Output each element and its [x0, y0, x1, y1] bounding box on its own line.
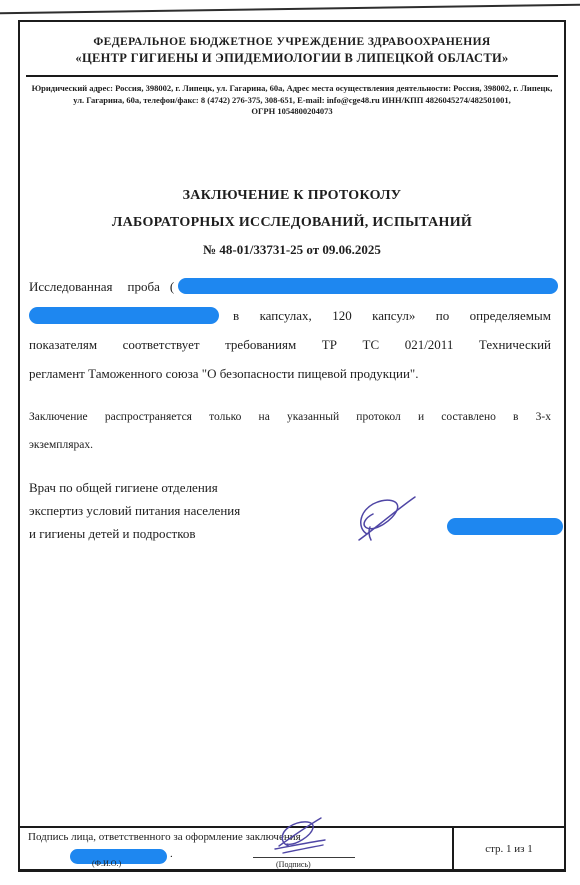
organization-name-line2: «ЦЕНТР ГИГИЕНЫ И ЭПИДЕМИОЛОГИИ В ЛИПЕЦКО…	[20, 51, 564, 66]
document-title: ЗАКЛЮЧЕНИЕ К ПРОТОКОЛУ ЛАБОРАТОРНЫХ ИССЛ…	[20, 182, 564, 263]
page-border: ФЕДЕРАЛЬНОЕ БЮДЖЕТНОЕ УЧРЕЖДЕНИЕ ЗДРАВОО…	[18, 20, 566, 872]
organization-name-line1: ФЕДЕРАЛЬНОЕ БЮДЖЕТНОЕ УЧРЕЖДЕНИЕ ЗДРАВОО…	[20, 36, 564, 48]
page-indicator: стр. 1 из 1	[452, 828, 564, 869]
open-paren: (	[170, 272, 174, 301]
address-line1: Юридический адрес: Россия, 398002, г. Ли…	[26, 83, 558, 95]
fio-caption: (Ф.И.О.)	[92, 859, 121, 868]
footer-period: .	[170, 848, 173, 860]
redaction-bar-signatory-name	[447, 518, 563, 535]
protocol-number: № 48-01/33731-25 от 09.06.2025	[20, 236, 564, 263]
body-line: регламент Таможенного союза "О безопасно…	[29, 359, 551, 388]
scan-edge-line	[0, 4, 580, 15]
paragraph-line: Исследованная проба (	[29, 272, 551, 301]
letterhead: ФЕДЕРАЛЬНОЕ БЮДЖЕТНОЕ УЧРЕЖДЕНИЕ ЗДРАВОО…	[20, 22, 564, 118]
paragraph-line: в капсулах, 120 капсул» по определяемым	[29, 301, 551, 330]
address-line2: ул. Гагарина, 60а, телефон/факс: 8 (4742…	[26, 95, 558, 107]
redaction-bar	[29, 307, 219, 324]
body-line: экземплярах.	[29, 431, 551, 459]
title-line2: ЛАБОРАТОРНЫХ ИССЛЕДОВАНИЙ, ИСПЫТАНИЙ	[20, 209, 564, 236]
signature-scribble	[355, 494, 425, 546]
footer-signature-table: Подпись лица, ответственного за оформлен…	[18, 826, 566, 872]
signatory-block: Врач по общей гигиене отделения эксперти…	[20, 476, 564, 556]
body-word: проба	[128, 272, 160, 301]
signature-caption: (Подпись)	[276, 860, 311, 869]
signature-underline	[253, 857, 355, 858]
conclusion-paragraph: Исследованная проба ( в капсулах, 120 ка…	[29, 272, 551, 388]
body-word: Исследованная	[29, 272, 113, 301]
scope-paragraph: Заключение распространяется только на ук…	[29, 403, 551, 459]
body-line: в капсулах, 120 капсул» по определяемым	[219, 301, 551, 330]
footer-left-cell: Подпись лица, ответственного за оформлен…	[20, 828, 452, 869]
document-page: ФЕДЕРАЛЬНОЕ БЮДЖЕТНОЕ УЧРЕЖДЕНИЕ ЗДРАВОО…	[0, 0, 580, 885]
footer-signature-scribble	[263, 816, 337, 860]
legal-address-block: Юридический адрес: Россия, 398002, г. Ли…	[20, 83, 564, 118]
body-line: показателям соответствует требованиям ТР…	[29, 330, 551, 359]
redaction-bar	[178, 278, 558, 294]
address-line3: ОГРН 1054800204073	[26, 106, 558, 118]
footer-label: Подпись лица, ответственного за оформлен…	[28, 831, 446, 843]
title-line1: ЗАКЛЮЧЕНИЕ К ПРОТОКОЛУ	[20, 182, 564, 209]
body-line: Заключение распространяется только на ук…	[29, 403, 551, 431]
letterhead-divider	[26, 75, 558, 77]
signatory-title-line1: Врач по общей гигиене отделения	[29, 476, 564, 499]
body-text: Исследованная проба ( в капсулах, 120 ка…	[20, 272, 564, 459]
